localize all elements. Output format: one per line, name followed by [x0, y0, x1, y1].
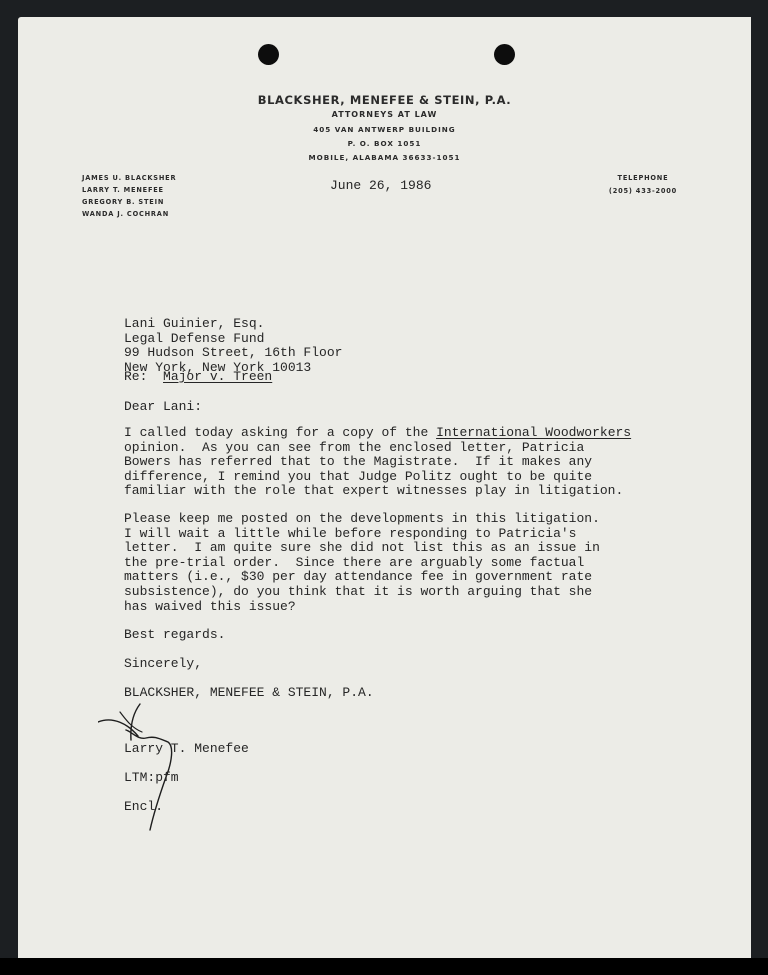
closing-remark: Best regards.: [124, 628, 225, 643]
partner-name: Wanda J. Cochran: [82, 208, 176, 220]
text-line: matters (i.e., $30 per day attendance fe…: [124, 570, 600, 585]
case-name-underlined: International Woodworkers: [436, 425, 631, 440]
re-label: Re:: [124, 369, 147, 384]
recipient-line: 99 Hudson Street, 16th Floor: [124, 346, 342, 361]
punch-hole-left: [258, 44, 279, 65]
text-line: difference, I remind you that Judge Poli…: [124, 470, 631, 485]
telephone-block: Telephone (205) 433-2000: [593, 172, 693, 198]
letterhead-address-1: 405 Van Antwerp Building: [18, 125, 751, 134]
text-line: Bowers has referred that to the Magistra…: [124, 455, 631, 470]
text-line: opinion. As you can see from the enclose…: [124, 441, 631, 456]
text-run: I called today asking for a copy of the: [124, 425, 436, 440]
letterhead-firm-name: BLACKSHER, MENEFEE & STEIN, P.A.: [18, 93, 751, 107]
salutation: Dear Lani:: [124, 400, 202, 415]
punch-hole-right: [494, 44, 515, 65]
text-line: familiar with the role that expert witne…: [124, 484, 631, 499]
text-line: I will wait a little while before respon…: [124, 527, 600, 542]
text-line: subsistence), do you think that it is wo…: [124, 585, 600, 600]
re-line: Re: Major v. Treen: [124, 370, 272, 385]
paragraph-2: Please keep me posted on the development…: [124, 512, 600, 614]
signature-firm: BLACKSHER, MENEFEE & STEIN, P.A.: [124, 686, 374, 701]
typist-initials: LTM:pfm: [124, 771, 179, 786]
text-line: the pre-trial order. Since there are arg…: [124, 556, 600, 571]
re-subject: Major v. Treen: [163, 369, 272, 384]
letterhead-address-2: P. O. Box 1051: [18, 139, 751, 148]
text-line: has waived this issue?: [124, 600, 600, 615]
text-line: letter. I am quite sure she did not list…: [124, 541, 600, 556]
partner-name: Larry T. Menefee: [82, 184, 176, 196]
letter-date: June 26, 1986: [330, 179, 431, 194]
valediction: Sincerely,: [124, 657, 202, 672]
recipient-line: Legal Defense Fund: [124, 332, 342, 347]
recipient-line: Lani Guinier, Esq.: [124, 317, 342, 332]
letterhead-address-3: Mobile, Alabama 36633-1051: [18, 153, 751, 162]
letter-page: BLACKSHER, MENEFEE & STEIN, P.A. Attorne…: [18, 17, 751, 958]
text-line: Please keep me posted on the development…: [124, 512, 600, 527]
partner-name: Gregory B. Stein: [82, 196, 176, 208]
letterhead-subtitle: Attorneys at Law: [18, 110, 751, 119]
partner-name: James U. Blacksher: [82, 172, 176, 184]
telephone-label: Telephone: [593, 172, 693, 185]
paragraph-1: I called today asking for a copy of the …: [124, 426, 631, 499]
telephone-number: (205) 433-2000: [593, 185, 693, 198]
partners-list: James U. Blacksher Larry T. Menefee Greg…: [82, 172, 176, 220]
recipient-address: Lani Guinier, Esq.Legal Defense Fund99 H…: [124, 317, 342, 375]
enclosure-notation: Encl.: [124, 800, 163, 815]
signer-name: Larry T. Menefee: [124, 742, 249, 757]
